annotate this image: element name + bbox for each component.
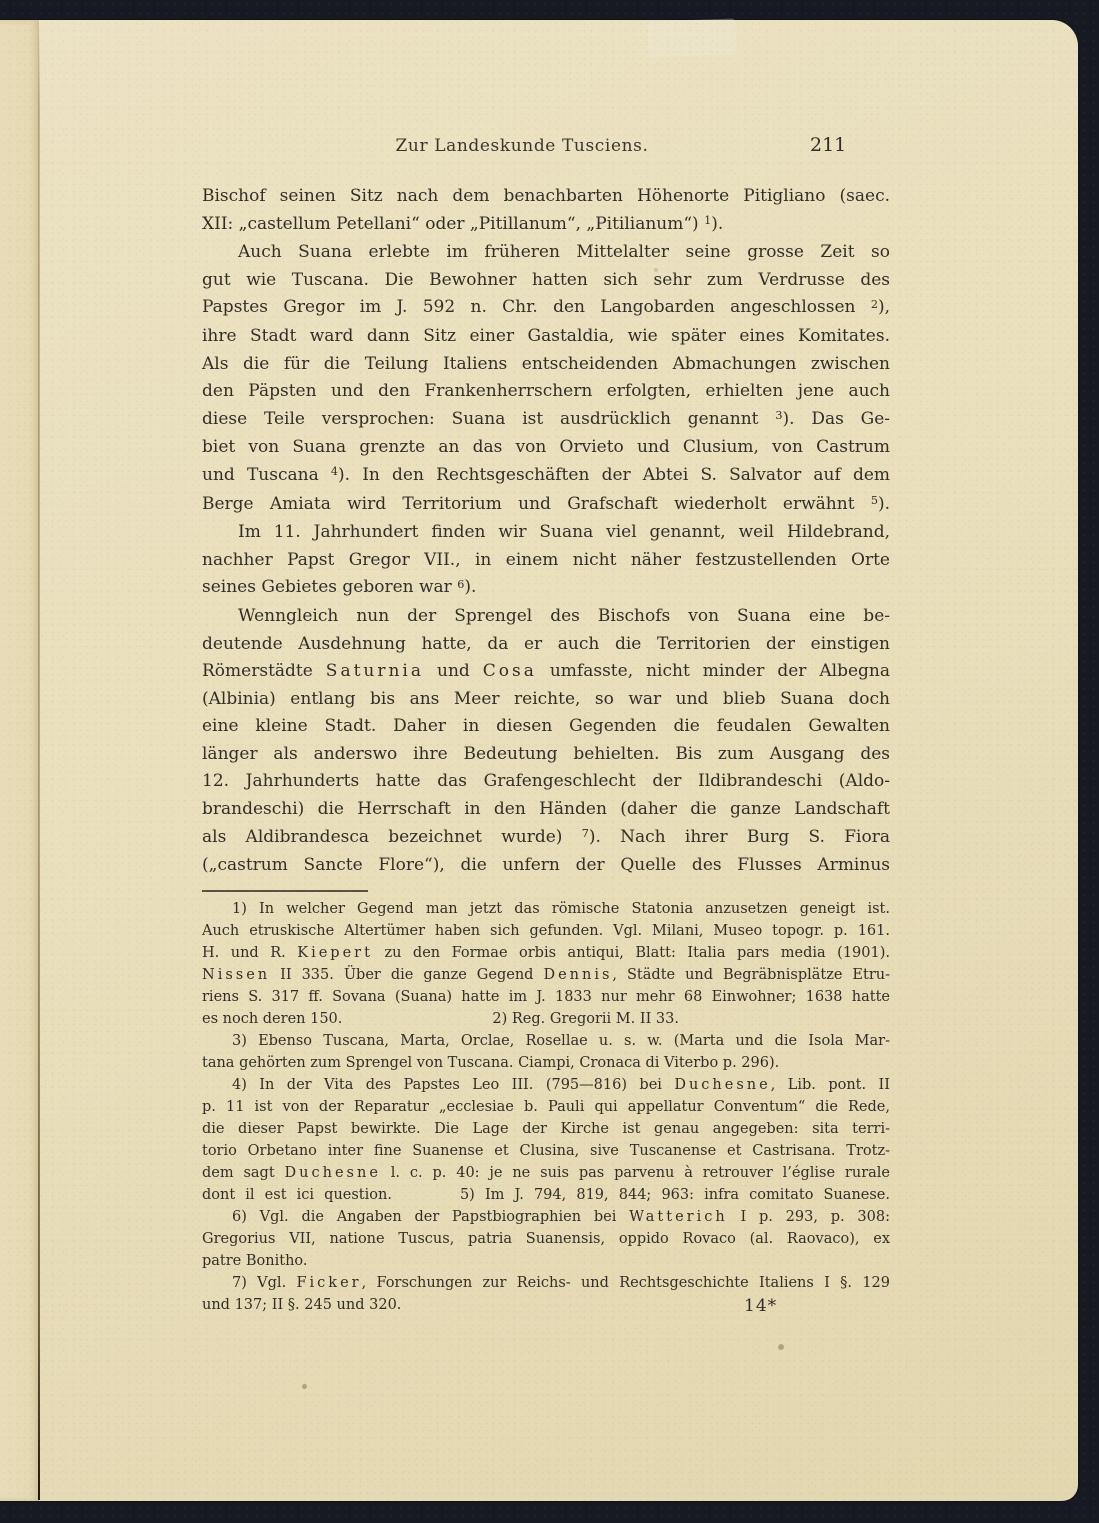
text-segment: Bischof seinen Sitz nach dem benachbarte… [202,186,890,206]
footnote-reference: 1 [704,214,711,227]
signature-mark: 14* [744,1296,777,1316]
text-segment: 3) Ebenso Tuscana, Marta, Orclae, Rosell… [232,1033,890,1049]
body-text-line: Als die für die Teilung Italiens entsche… [202,351,890,379]
body-text-line: nachher Papst Gregor VII., in einem nich… [202,547,890,575]
text-segment: dem sagt [202,1165,285,1181]
footnote-line: tana gehörten zum Sprengel von Tuscana. … [202,1052,890,1074]
text-segment: ihre Stadt ward dann Sitz einer Gastaldi… [202,326,890,346]
text-segment: diese Teile versprochen: Suana ist ausdr… [202,409,775,429]
footnote-reference: 2 [871,298,878,311]
body-text-line: eine kleine Stadt. Daher in diesen Gegen… [202,713,890,741]
text-segment: Auch etruskische Altertümer haben sich g… [202,923,890,939]
text-segment: es noch deren 150. [202,1011,342,1027]
body-text-line: Papstes Gregor im J. 592 n. Chr. den Lan… [202,294,890,323]
footnote-separator [202,890,368,892]
text-segment: 1) In welcher Gegend man jetzt das römis… [232,901,890,917]
footnote-reference: 4 [331,465,338,478]
text-segment: H. und R. [202,945,297,961]
footnote-line: es noch deren 150.2) Reg. Gregorii M. II… [202,1008,890,1030]
text-segment: ). [878,494,890,514]
footnote-line: p. 11 ist von der Reparatur „ecclesiae b… [202,1096,890,1118]
text-segment: , Städte und Begräbnisplätze Etru- [612,967,890,983]
text-segment: Watterich [629,1209,728,1225]
text-segment: riens S. 317 ff. Sovana (Suana) hatte im… [202,989,890,1005]
text-segment: 6) Vgl. die Angaben der Papstbiographien… [232,1209,629,1225]
body-text-line: diese Teile versprochen: Suana ist ausdr… [202,406,890,435]
body-text-line: („castrum Sancte Flore“), die unfern der… [202,852,890,880]
body-text-line: 12. Jahrhunderts hatte das Grafengeschle… [202,768,890,796]
footnote-line: dem sagt Duchesne l. c. p. 40: je ne sui… [202,1162,890,1184]
text-segment: Berge Amiata wird Territorium und Grafsc… [202,494,871,514]
text-segment: 4) In der Vita des Papstes Leo III. (795… [232,1077,674,1093]
previous-page-edge [0,20,39,1501]
text-segment: Als die für die Teilung Italiens entsche… [202,354,890,374]
text-segment: Saturnia [326,661,424,681]
text-segment: 7) Vgl. [232,1275,296,1291]
footnote-line: torio Orbetano inter fine Suanense et Cl… [202,1140,890,1162]
body-text-line: als Aldibrandesca bezeichnet wurde) 7). … [202,824,890,853]
text-segment: Ficker [296,1275,361,1291]
body-text-line: seines Gebietes geboren war 6). [202,574,890,603]
text-segment: torio Orbetano inter fine Suanense et Cl… [202,1143,890,1159]
body-text-line: Berge Amiata wird Territorium und Grafsc… [202,491,890,520]
text-segment: XII: „castellum Petellani“ oder „Pitilla… [202,214,704,234]
text-segment: Römerstädte [202,661,326,681]
text-segment: p. 11 ist von der Reparatur „ecclesiae b… [202,1099,890,1115]
footnote-line: 6) Vgl. die Angaben der Papstbiographien… [202,1206,890,1228]
text-segment: länger als anderswo ihre Bedeutung behie… [202,744,890,764]
text-segment: Duchesne [674,1077,770,1093]
footnote-line: 7) Vgl. Ficker, Forschungen zur Reichs- … [202,1272,890,1294]
text-segment: als Aldibrandesca bezeichnet wurde) [202,827,582,847]
scanned-book-page: Zur Landeskunde Tusciens. 211 Bischof se… [0,0,1099,1523]
text-segment: deutende Ausdehnung hatte, da er auch di… [202,634,890,654]
text-segment: Im 11. Jahrhundert finden wir Suana viel… [238,522,890,542]
footnote-reference: 7 [582,827,589,840]
text-segment: seines Gebietes geboren war [202,577,457,597]
text-segment: , Lib. pont. II [771,1077,890,1093]
text-segment: 12. Jahrhunderts hatte das Grafengeschle… [202,771,890,791]
text-segment: Auch Suana erlebte im früheren Mittelalt… [238,242,890,262]
text-segment: und [424,661,483,681]
page-number: 211 [810,134,846,156]
text-segment: l. c. p. 40: je ne suis pas parvenu à re… [381,1165,890,1181]
text-segment: ). Das Ge- [782,409,890,429]
page-fold-crease [38,22,40,1500]
text-segment: ). In den Rechtsgeschäften der Abtei S. … [338,465,890,485]
text-segment: 5) Im J. 794, 819, 844; 963: infra comit… [460,1187,890,1203]
text-segment: umfasste, nicht minder der Albegna [537,661,890,681]
footnote-line: H. und R. Kiepert zu den Formae orbis an… [202,942,890,964]
text-segment: eine kleine Stadt. Daher in diesen Gegen… [202,716,890,736]
text-segment: brandeschi) die Herrschaft in den Händen… [202,799,890,819]
text-segment: zu den Formae orbis antiqui, Blatt: Ital… [373,945,890,961]
footnote-line: riens S. 317 ff. Sovana (Suana) hatte im… [202,986,890,1008]
footnote-line: und 137; II §. 245 und 320. [202,1294,890,1316]
paper-speck [778,1344,784,1350]
body-text-line: biet von Suana grenzte an das von Orviet… [202,434,890,462]
text-segment: Cosa [483,661,537,681]
paper-patch [647,18,736,57]
text-segment: ), [878,297,890,317]
body-text-line: Im 11. Jahrhundert finden wir Suana viel… [202,519,890,547]
text-segment: nachher Papst Gregor VII., in einem nich… [202,550,890,570]
text-segment: patre Bonitho. [202,1253,308,1269]
body-text-line: länger als anderswo ihre Bedeutung behie… [202,741,890,769]
body-text-line: und Tuscana 4). In den Rechtsgeschäften … [202,462,890,491]
body-text-line: Auch Suana erlebte im früheren Mittelalt… [202,239,890,267]
text-segment: die dieser Papst bewirkte. Die Lage der … [202,1121,890,1137]
text-segment: (Albinia) entlang bis ans Meer reichte, … [202,689,890,709]
text-segment: Gregorius VII, natione Tuscus, patria Su… [202,1231,890,1247]
footnote-line: die dieser Papst bewirkte. Die Lage der … [202,1118,890,1140]
body-text-line: den Päpsten und den Frankenherrschern er… [202,378,890,406]
page-header: Zur Landeskunde Tusciens. 211 [202,136,890,162]
text-segment: , Forschungen zur Reichs- und Rechtsgesc… [362,1275,890,1291]
footnotes: 1) In welcher Gegend man jetzt das römis… [202,898,890,1316]
footnote-line: dont il est ici question.5) Im J. 794, 8… [202,1184,890,1206]
text-segment: 2) Reg. Gregorii M. II 33. [492,1011,679,1027]
body-text: Bischof seinen Sitz nach dem benachbarte… [202,183,890,880]
text-segment: Wenngleich nun der Sprengel des Bischofs… [238,606,890,626]
footnote-line: 4) In der Vita des Papstes Leo III. (795… [202,1074,890,1096]
footnote-line: 1) In welcher Gegend man jetzt das römis… [202,898,890,920]
footnote-line: Auch etruskische Altertümer haben sich g… [202,920,890,942]
text-segment: Papstes Gregor im J. 592 n. Chr. den Lan… [202,297,871,317]
text-segment: ). [711,214,723,234]
body-text-line: deutende Ausdehnung hatte, da er auch di… [202,631,890,659]
footnote-line: patre Bonitho. [202,1250,890,1272]
footnote-reference: 5 [871,494,878,507]
footnote-line: Gregorius VII, natione Tuscus, patria Su… [202,1228,890,1250]
paper-speck [302,1384,307,1389]
text-segment: Nissen [202,967,270,983]
text-segment: den Päpsten und den Frankenherrschern er… [202,381,890,401]
text-segment: Kiepert [297,945,373,961]
running-title: Zur Landeskunde Tusciens. [202,136,842,156]
body-text-line: XII: „castellum Petellani“ oder „Pitilla… [202,211,890,240]
text-segment: Dennis [543,967,612,983]
body-text-line: (Albinia) entlang bis ans Meer reichte, … [202,686,890,714]
text-segment: ). [464,577,476,597]
body-text-line: ihre Stadt ward dann Sitz einer Gastaldi… [202,323,890,351]
text-segment: gut wie Tuscana. Die Bewohner hatten sic… [202,270,890,290]
text-segment: biet von Suana grenzte an das von Orviet… [202,437,890,457]
footnote-reference: 3 [775,409,782,422]
body-text-line: brandeschi) die Herrschaft in den Händen… [202,796,890,824]
text-segment: und 137; II §. 245 und 320. [202,1297,401,1313]
text-segment: („castrum Sancte Flore“), die unfern der… [202,855,890,875]
text-segment: und Tuscana [202,465,331,485]
text-segment: tana gehörten zum Sprengel von Tuscana. … [202,1055,779,1071]
footnote-reference: 6 [457,578,464,591]
text-segment: ). Nach ihrer Burg S. Fiora [589,827,890,847]
footnote-line: 3) Ebenso Tuscana, Marta, Orclae, Rosell… [202,1030,890,1052]
text-segment: Duchesne [285,1165,381,1181]
body-text-line: Bischof seinen Sitz nach dem benachbarte… [202,183,890,211]
text-segment: II 335. Über die ganze Gegend [270,967,543,983]
text-segment: I p. 293, p. 308: [728,1209,890,1225]
body-text-line: Wenngleich nun der Sprengel des Bischofs… [202,603,890,631]
body-text-line: Römerstädte Saturnia und Cosa umfasste, … [202,658,890,686]
body-text-line: gut wie Tuscana. Die Bewohner hatten sic… [202,267,890,295]
text-segment: dont il est ici question. [202,1187,392,1203]
footnote-line: Nissen II 335. Über die ganze Gegend Den… [202,964,890,986]
